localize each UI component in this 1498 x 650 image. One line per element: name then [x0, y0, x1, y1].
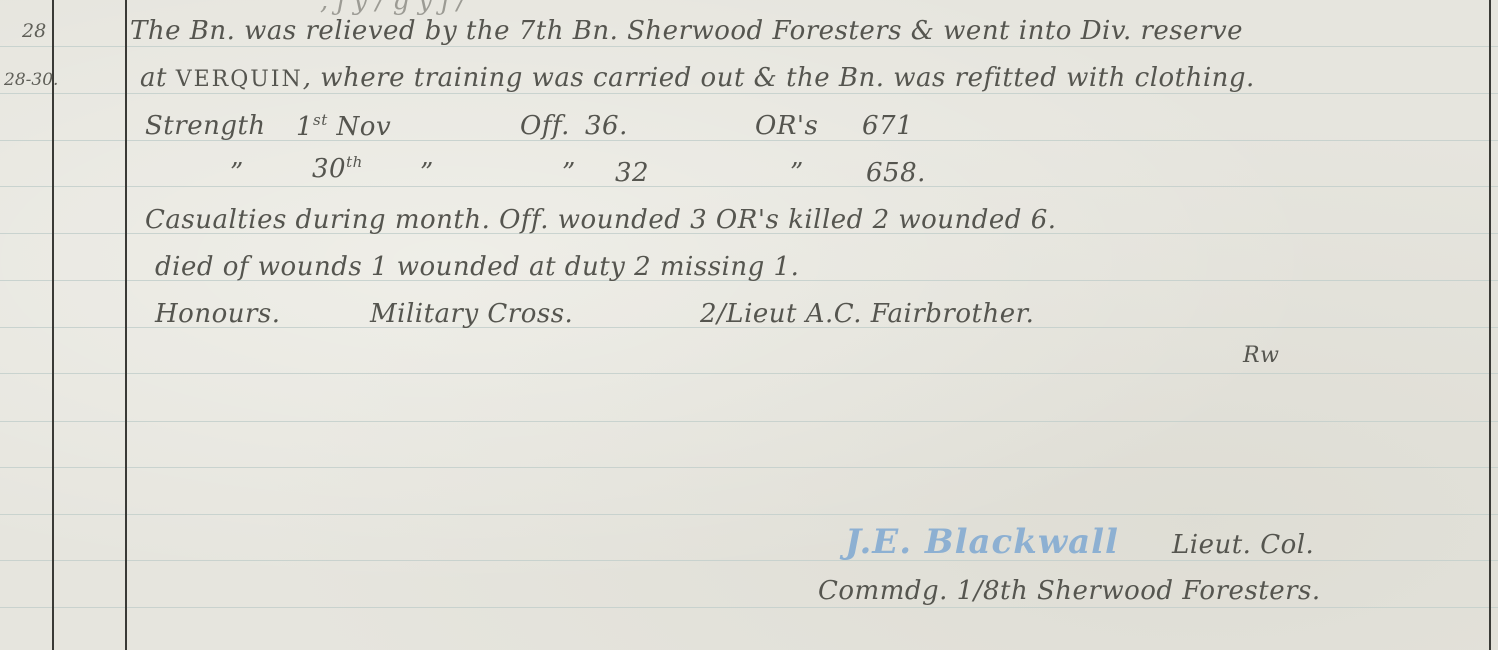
day-suffix: th: [346, 153, 363, 171]
officers-label: Off.: [520, 113, 570, 139]
day-suffix: st: [313, 111, 328, 129]
entry-prefix: at: [140, 63, 167, 93]
ditto-mark: ”: [562, 160, 576, 186]
entry-rest: , where training was carried out & the B…: [303, 63, 1255, 93]
entry-line-verquin: at VERQUIN, where training was carried o…: [140, 65, 1255, 91]
ditto-mark: ”: [790, 160, 804, 186]
signature: J.E. Blackwall: [845, 522, 1119, 562]
ruled-line: [0, 514, 1498, 515]
date-entry: 28-30.: [4, 70, 58, 90]
casualties-line-1: Casualties during month. Off. wounded 3 …: [145, 207, 1057, 233]
month-word: Nov: [337, 112, 392, 142]
signature-rank: Lieut. Col.: [1172, 532, 1314, 558]
strength-day-30: 30th: [312, 155, 363, 182]
officers-count-1: 36.: [585, 113, 628, 139]
ruled-line: [0, 46, 1498, 47]
signature-command: Commdg. 1/8th Sherwood Foresters.: [818, 578, 1321, 604]
initials: Rw: [1243, 345, 1279, 367]
day-number: 1: [296, 112, 313, 142]
other-ranks-count-1: 671: [862, 113, 913, 139]
date-column-border: [52, 0, 54, 650]
ruled-line: [0, 93, 1498, 94]
ditto-mark: ”: [230, 160, 244, 186]
casualties-line-2: died of wounds 1 wounded at duty 2 missi…: [155, 254, 799, 280]
cutoff-line-above: , j y / g y j /: [320, 0, 466, 16]
strength-label: Strength: [145, 113, 266, 139]
ruled-line: [0, 186, 1498, 187]
date-entry: 28: [22, 20, 46, 42]
other-ranks-label: OR's: [755, 113, 818, 139]
honours-label: Honours.: [155, 301, 281, 327]
ruled-line: [0, 607, 1498, 608]
honours-award: Military Cross.: [370, 301, 573, 327]
right-column-border: [1489, 0, 1491, 650]
ruled-line: [0, 467, 1498, 468]
officers-count-30: 32: [615, 160, 649, 186]
day-number: 30: [312, 154, 346, 184]
honours-recipient: 2/Lieut A.C. Fairbrother.: [700, 301, 1034, 327]
other-ranks-count-30: 658.: [866, 160, 926, 186]
strength-day-1: 1st Nov: [296, 113, 391, 140]
place-name: VERQUIN: [176, 67, 303, 92]
hour-column-border: [125, 0, 127, 650]
ruled-line: [0, 373, 1498, 374]
ruled-line: [0, 560, 1498, 561]
entry-line-relieved: The Bn. was relieved by the 7th Bn. Sher…: [130, 18, 1243, 44]
diary-page: , j y / g y j / 28 28-30. The Bn. was re…: [0, 0, 1498, 650]
ditto-mark: ”: [420, 160, 434, 186]
ruled-line: [0, 421, 1498, 422]
